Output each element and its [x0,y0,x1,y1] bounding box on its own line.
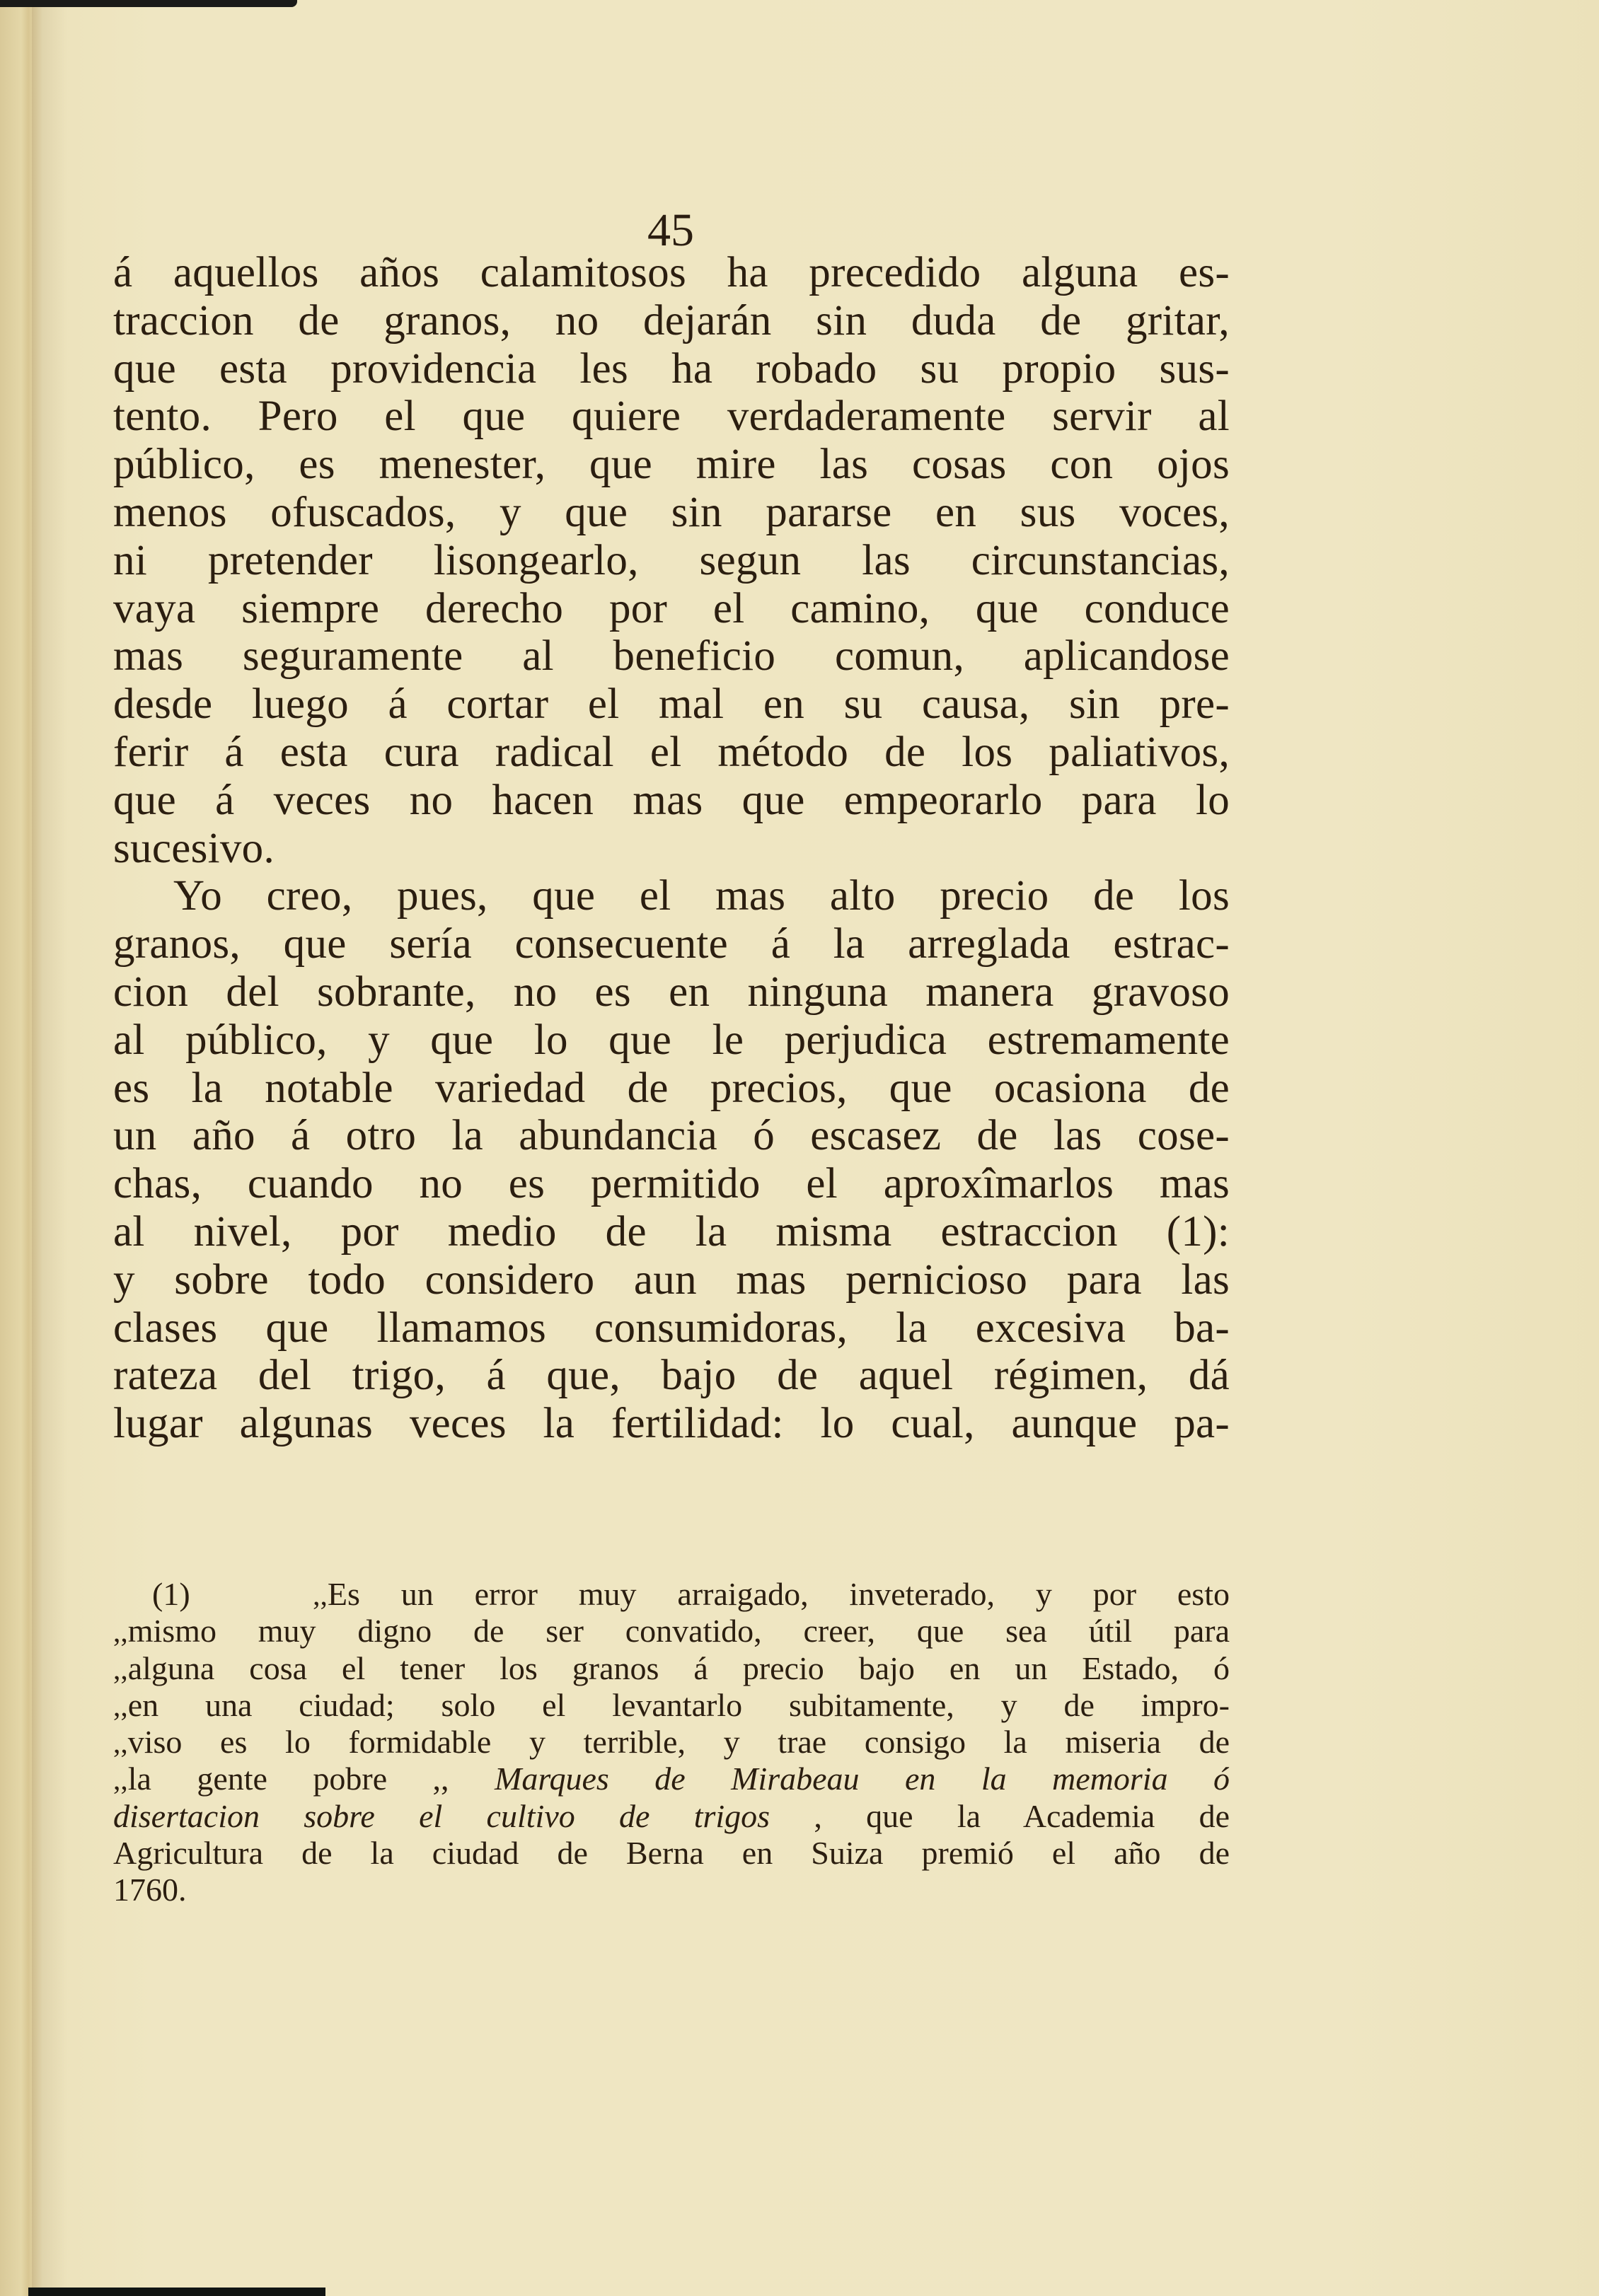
spine-gutter-shadow [32,0,67,2296]
body-line: al público, y que lo que le perjudica es… [113,1016,1230,1065]
footnote-line: ,,alguna cosa el tener los granos á prec… [113,1650,1230,1687]
body-line: al nivel, por medio de la misma estracci… [113,1208,1230,1256]
body-line: traccion de granos, no dejarán sin duda … [113,297,1230,345]
body-line: ferir á esta cura radical el método de l… [113,729,1230,777]
body-line: mas seguramente al beneficio comun, apli… [113,632,1230,680]
book-page: 45 á aquellos años calamitosos ha preced… [0,0,1599,2296]
footnote-line: disertacion sobre el cultivo de trigos ,… [113,1798,1230,1835]
page-number: 45 [647,207,694,254]
body-line: chas, cuando no es permitido el aproxîma… [113,1160,1230,1208]
body-line: ni pretender lisongearlo, segun las circ… [113,537,1230,585]
body-line: un año á otro la abundancia ó escasez de… [113,1112,1230,1160]
footnote-line: ,,mismo muy digno de ser convatido, cree… [113,1613,1230,1649]
footnote-marker: (1) [152,1576,190,1612]
body-line: granos, que sería consecuente á la arreg… [113,920,1230,968]
citation-italic: Marques de Mirabeau en la memoria ó [495,1761,1230,1797]
body-line: menos ofuscados, y que sin pararse en su… [113,489,1230,537]
paragraph-start-line: Yo creo, pues, que el mas alto precio de… [113,872,1230,920]
footnote-line: Agricultura de la ciudad de Berna en Sui… [113,1835,1230,1872]
footnote: (1) ,,Es un error muy arraigado, inveter… [113,1576,1230,1909]
body-line: que esta providencia les ha robado su pr… [113,345,1230,393]
body-line: rateza del trigo, á que, bajo de aquel r… [113,1352,1230,1400]
top-binding-edge [0,0,297,7]
body-line: clases que llamamos consumidoras, la exc… [113,1304,1230,1352]
body-line: desde luego á cortar el mal en su causa,… [113,680,1230,729]
body-line: y sobre todo considero aun mas pernicios… [113,1256,1230,1304]
footnote-line: ,,la gente pobre ,, Marques de Mirabeau … [113,1761,1230,1797]
footnote-line: ,,viso es lo formidable y terrible, y tr… [113,1724,1230,1761]
body-line: tento. Pero el que quiere verdaderamente… [113,393,1230,441]
body-line: es la notable variedad de precios, que o… [113,1065,1230,1113]
body-line: cion del sobrante, no es en ninguna mane… [113,968,1230,1016]
body-line: público, es menester, que mire las cosas… [113,441,1230,489]
footnote-line: (1) ,,Es un error muy arraigado, inveter… [113,1576,1230,1613]
body-line: que á veces no hacen mas que empeorarlo … [113,777,1230,825]
body-line: á aquellos años calamitosos ha precedido… [113,249,1230,297]
citation-italic: disertacion sobre el cultivo de trigos [113,1798,770,1834]
bottom-binding-edge [28,2288,325,2296]
footnote-line: 1760. [113,1872,1230,1908]
body-text: á aquellos años calamitosos ha precedido… [113,249,1230,1448]
body-line: vaya siempre derecho por el camino, que … [113,585,1230,633]
footnote-line: ,,en una ciudad; solo el levantarlo subi… [113,1687,1230,1724]
body-line: sucesivo. [113,825,1230,873]
body-line: lugar algunas veces la fertilidad: lo cu… [113,1400,1230,1448]
